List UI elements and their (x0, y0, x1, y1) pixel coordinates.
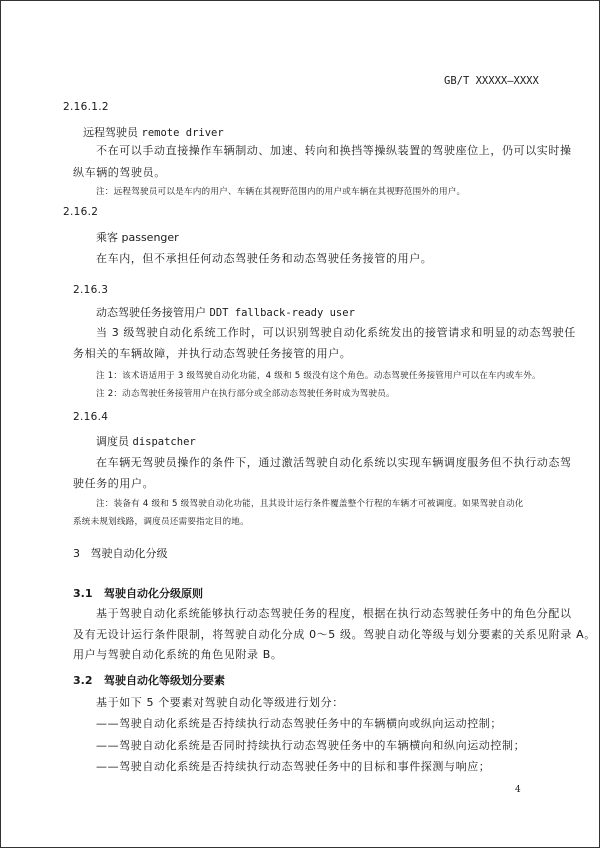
term-en: passenger (122, 231, 179, 244)
clause-number: 2.16.3 (73, 284, 108, 296)
note: 注 1：该术语适用于 3 级驾驶自动化功能，4 级和 5 级没有这个角色。动态驾… (96, 369, 541, 381)
list-item: ——驾驶自动化系统是否持续执行动态驾驶任务中的车辆横向或纵向运动控制； (96, 715, 502, 731)
paragraph-line: 用户与驾驶自动化系统的角色见附录 B。 (73, 646, 282, 662)
term-heading: 动态驾驶任务接管用户 DDT fallback-ready user (96, 304, 355, 320)
term-zh: 动态驾驶任务接管用户 (96, 306, 206, 319)
term-zh: 远程驾驶员 (83, 126, 138, 139)
clause-number: 2.16.1.2 (63, 101, 109, 113)
paragraph-line: 基于驾驶自动化系统能够执行动态驾驶任务的程度，根据在执行动态驾驶任务中的角色分配… (96, 605, 572, 621)
term-en: DDT fallback-ready user (210, 307, 355, 319)
note: 注：远程驾驶员可以是车内的用户、车辆在其视野范围内的用户或车辆在其视野范围外的用… (96, 185, 465, 197)
term-heading: 调度员 dispatcher (96, 433, 196, 449)
note: 系统未规划线路，调度员还需要指定目的地。 (73, 515, 249, 527)
note: 注：装备有 4 级和 5 级驾驶自动化功能，且其设计运行条件覆盖整个行程的车辆才… (96, 497, 524, 509)
page-number: 4 (515, 785, 521, 795)
term-heading: 远程驾驶员 remote driver (83, 124, 224, 140)
section-title: 驾驶自动化分级原则 (104, 587, 203, 600)
term-heading: 乘客 passenger (96, 229, 179, 245)
term-en: dispatcher (133, 436, 196, 448)
section-number: 3.2 (73, 674, 93, 687)
definition-line: 在车内，但不承担任何动态驾驶任务和动态驾驶任务接管的用户。 (96, 250, 432, 266)
term-zh: 乘客 (96, 231, 118, 244)
definition-line: 不在可以手动直接操作车辆制动、加速、转向和换挡等操纵装置的驾驶座位上，仍可以实时… (96, 142, 572, 158)
clause-number: 2.16.2 (63, 206, 98, 218)
paragraph-line: 基于如下 5 个要素对驾驶自动化等级进行划分： (96, 694, 344, 710)
definition-line: 务相关的车辆故障，并执行动态驾驶任务接管的用户。 (73, 345, 351, 361)
definition-line: 当 3 级驾驶自动化系统工作时，可以识别驾驶自动化系统发出的接管请求和明显的动态… (96, 324, 576, 340)
chapter-title: 驾驶自动化分级 (91, 547, 168, 560)
list-item: ——驾驶自动化系统是否持续执行动态驾驶任务中的目标和事件探测与响应； (96, 758, 490, 774)
section-number: 3.1 (73, 587, 93, 600)
note: 注 2：动态驾驶任务接管用户在执行部分或全部动态驾驶任务时成为驾驶员。 (96, 387, 395, 399)
definition-line: 在车辆无驾驶员操作的条件下，通过激活驾驶自动化系统以实现车辆调度服务但不执行动态… (96, 454, 572, 470)
section-title: 驾驶自动化等级划分要素 (104, 674, 225, 687)
section-heading: 3.2 驾驶自动化等级划分要素 (73, 672, 225, 688)
term-en: remote driver (142, 127, 224, 139)
clause-number: 2.16.4 (73, 411, 108, 423)
list-item: ——驾驶自动化系统是否同时持续执行动态驾驶任务中的车辆横向和纵向运动控制； (96, 737, 525, 753)
document-page: GB/T XXXXX—XXXX 2.16.1.2 远程驾驶员 remote dr… (0, 0, 600, 848)
chapter-heading: 3 驾驶自动化分级 (73, 545, 168, 561)
standard-code: GB/T XXXXX—XXXX (444, 75, 539, 87)
chapter-number: 3 (73, 547, 80, 560)
definition-line: 纵车辆的驾驶员。 (73, 164, 166, 180)
term-zh: 调度员 (96, 435, 129, 448)
section-heading: 3.1 驾驶自动化分级原则 (73, 585, 203, 601)
definition-line: 驶任务的用户。 (73, 475, 154, 491)
paragraph-line: 及有无设计运行条件限制，将驾驶自动化分成 0～5 级。驾驶自动化等级与划分要素的… (73, 626, 596, 642)
